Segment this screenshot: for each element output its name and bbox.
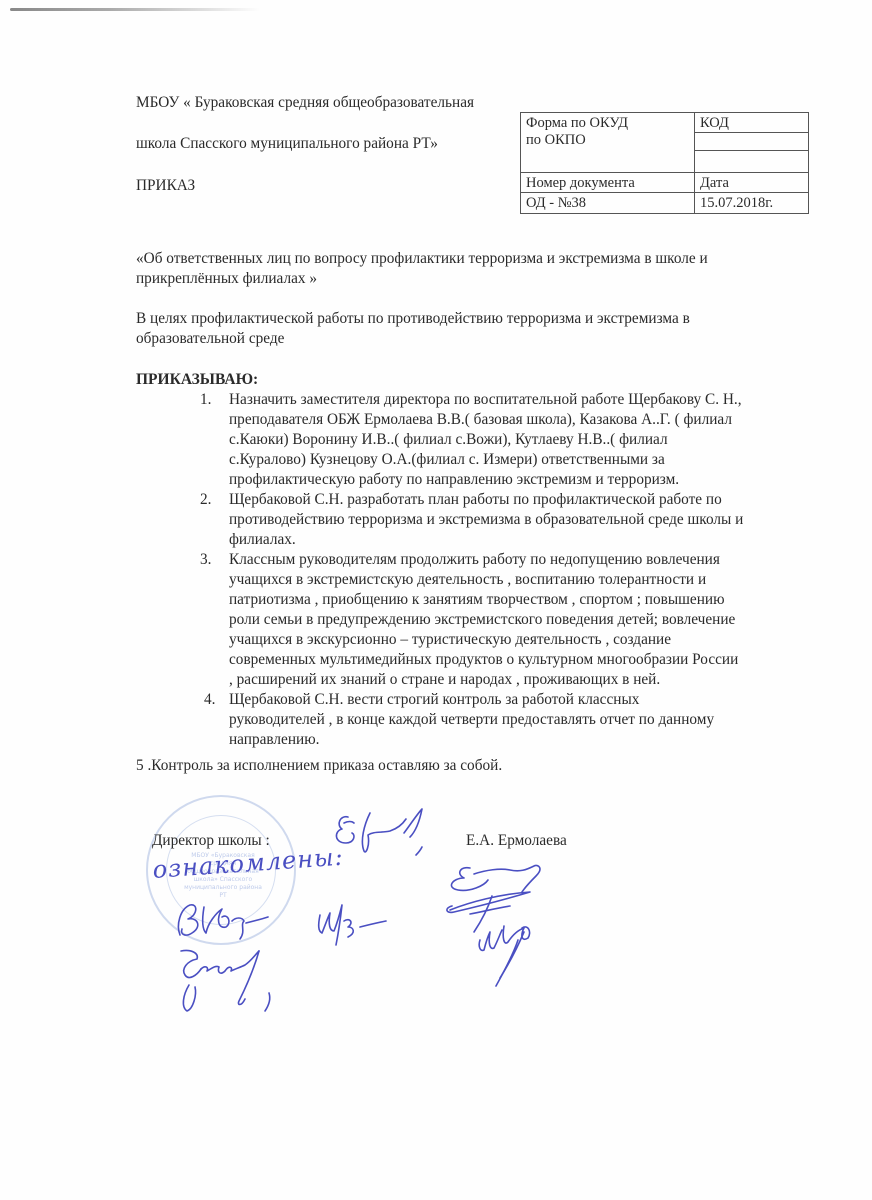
item-number: 2. [200,490,211,510]
okpo-code-cell [695,151,809,173]
item-line: современных мультимедийных продуктов о к… [229,650,816,670]
item-line: Щербаковой С.Н. вести строгий контроль з… [229,690,816,710]
scanned-page: МБОУ « Бураковская средняя общеобразоват… [0,0,872,1200]
date-cell: 15.07.2018г. [695,193,809,214]
item-line: противодействию терроризма и экстремизма… [229,510,816,530]
item-line: , расширений их знаний о стране и народа… [229,670,816,690]
org-name-line2: школа Спасского муниципального района РТ… [136,134,438,154]
order-item-3: 3. Классным руководителям продолжить раб… [176,550,816,690]
signature-kuznetsova [470,912,550,992]
item-number: 3. [200,550,211,570]
okud-code-cell [695,133,809,151]
item-line: с.Куралово) Кузнецову О.А.(филиал с. Изм… [229,450,816,470]
okpo-label: по ОКПО [526,132,689,149]
form-labels-cell: Форма по ОКУД по ОКПО [521,113,695,173]
director-signature [330,805,440,860]
item-line: с.Каюки) Воронину И.В..( филиал с.Вожи),… [229,430,816,450]
signature-ermolaev [430,862,580,942]
signature-voronina [175,945,305,1020]
date-label-cell: Дата [695,173,809,193]
order-title: «Об ответственных лиц по вопросу профила… [136,249,796,289]
item-line: патриотизма , приобщению к занятиям твор… [229,590,816,610]
item-line: руководителей , в конце каждой четверти … [229,710,816,730]
order-item-1: 1. Назначить заместителя директора по во… [176,390,816,490]
order-heading: ПРИКАЗЫВАЮ: [136,370,258,390]
form-code-table: Форма по ОКУД по ОКПО КОД Номер документ… [520,112,809,214]
item-line: роли семьи в предупреждению экстремистск… [229,610,816,630]
item-line: преподавателя ОБЖ Ермолаева В.В.( базова… [229,410,816,430]
order-item-4: 4. Щербаковой С.Н. вести строгий контрол… [176,690,816,750]
item-line: Щербаковой С.Н. разработать план работы … [229,490,816,510]
okud-label: Форма по ОКУД [526,115,689,132]
item-line: Классным руководителям продолжить работу… [229,550,816,570]
item-line: филиалах. [229,530,816,550]
order-items-list: 1. Назначить заместителя директора по во… [176,390,816,750]
item-line: профилактическую работу по направлению э… [229,470,816,490]
document-type: ПРИКАЗ [136,176,195,196]
doc-number-label-cell: Номер документа [521,173,695,193]
doc-number-cell: ОД - №38 [521,193,695,214]
order-item-2: 2. Щербаковой С.Н. разработать план рабо… [176,490,816,550]
signature-shcherbakova [312,895,392,950]
item-number: 1. [200,390,211,410]
code-header-cell: КОД [695,113,809,133]
item-line: Назначить заместителя директора по воспи… [229,390,816,410]
item-line: учащихся в экскурсионно – туристическую … [229,630,816,650]
director-name: Е.А. Ермолаева [466,831,567,851]
org-name-line1: МБОУ « Бураковская средняя общеобразоват… [136,93,474,113]
item-line: направлению. [229,730,816,750]
order-item-5-closing: 5 .Контроль за исполнением приказа остав… [136,756,502,776]
order-purpose: В целях профилактической работы по проти… [136,309,796,349]
scan-edge-shadow [10,8,260,11]
item-line: учащихся в экстремистскую деятельность ,… [229,570,816,590]
item-number: 4. [204,690,215,710]
